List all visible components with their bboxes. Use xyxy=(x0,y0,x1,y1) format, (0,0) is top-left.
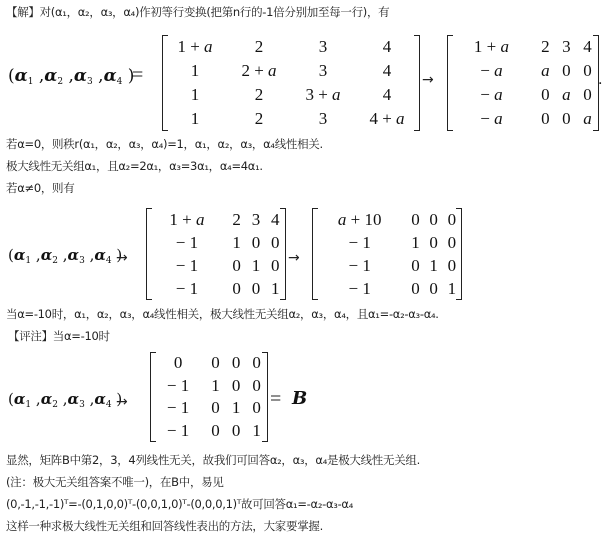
matrix-cell: 1 xyxy=(246,420,267,443)
matrix-cell: 0 xyxy=(246,277,265,300)
matrix-cell: 1 xyxy=(246,254,265,277)
matrix-cell: 0 xyxy=(246,352,267,375)
matrix-row: − 1001 xyxy=(313,277,461,300)
matrix-cell: 0 xyxy=(226,420,247,443)
arrow-icon: → xyxy=(288,250,300,266)
matrix-cell: 0 xyxy=(151,352,205,375)
matrix-cell: 0 xyxy=(266,231,285,254)
matrix-cell: 3 xyxy=(291,107,355,131)
matrix-cell: 0 xyxy=(406,254,424,277)
matrix-row: − 1010 xyxy=(313,254,461,277)
matrix-cell: 3 xyxy=(291,35,355,59)
matrix-cell: 3 xyxy=(556,35,577,59)
vector-group-label: (α1 ,α2 ,α3 ,α4 ) xyxy=(8,390,122,410)
matrix-cell: 1 xyxy=(227,231,246,254)
matrix-cell: 1 xyxy=(226,397,247,420)
case-zero-basis: 极大线性无关组α₁，且α₂=2α₁，α₃=3α₁，α₄=4α₁. xyxy=(6,158,263,174)
matrix-b: 0000− 1100− 1010− 1001 xyxy=(150,352,268,442)
matrix-cell: 0 xyxy=(425,208,443,231)
matrix-cell: 4 xyxy=(355,35,419,59)
matrix-row: 123 + a4 xyxy=(163,83,419,107)
matrix-cell: 0 xyxy=(227,254,246,277)
matrix-cell: − 1 xyxy=(147,254,227,277)
matrix-cell: − 1 xyxy=(313,231,406,254)
matrix-cell: 0 xyxy=(443,231,461,254)
matrix-cell: 0 xyxy=(535,107,556,131)
comment-line-4: 这样一种求极大线性无关组和回答线性表出的方法，大家要掌握. xyxy=(6,518,323,534)
matrix-row: 0000 xyxy=(151,352,267,375)
matrix-row: − 1100 xyxy=(147,231,285,254)
matrix-cell: 0 xyxy=(577,83,598,107)
matrix-row: − 1010 xyxy=(151,397,267,420)
matrix-cell: 2 + a xyxy=(227,59,291,83)
matrix-row: − aa00 xyxy=(448,59,598,83)
matrix-cell: 1 + a xyxy=(448,35,535,59)
matrix-cell: − 1 xyxy=(313,254,406,277)
matrix-row: − a00a xyxy=(448,107,598,131)
matrix-cell: 0 xyxy=(246,231,265,254)
matrix-cell: 0 xyxy=(266,254,285,277)
comment-line-2: (注：极大无关组答案不唯一)，在B中，易见 xyxy=(6,474,224,490)
matrix-cell: 1 xyxy=(443,277,461,300)
matrix-row: − 1010 xyxy=(147,254,285,277)
matrix-cell: − a xyxy=(448,107,535,131)
matrix-cell: − 1 xyxy=(147,277,227,300)
matrix-cell: − a xyxy=(448,59,535,83)
matrix-cell: − 1 xyxy=(147,231,227,254)
matrix-row: 1234 + a xyxy=(163,107,419,131)
matrix-row: 1 + a234 xyxy=(147,208,285,231)
matrix-cell: − 1 xyxy=(313,277,406,300)
comment-line-3: (0,-1,-1,-1)ᵀ=-(0,1,0,0)ᵀ-(0,0,1,0)ᵀ-(0,… xyxy=(6,496,353,512)
matrix-cell: 1 xyxy=(406,231,424,254)
matrix-cell: 0 xyxy=(425,231,443,254)
matrix-nonzero-step1: 1 + a234− 1100− 1010− 1001 xyxy=(146,208,286,300)
matrix-cell: 1 xyxy=(163,107,227,131)
matrix-cell: 1 xyxy=(205,375,226,398)
matrix-row: a + 10000 xyxy=(313,208,461,231)
case-nonzero: 若α≠0，则有 xyxy=(6,180,74,196)
matrix-cell: 0 xyxy=(577,59,598,83)
case-minus-ten: 当α=-10时，α₁，α₂，α₃，α₄线性相关，极大线性无关组α₂，α₃，α₄，… xyxy=(6,306,439,322)
matrix-cell: a xyxy=(556,83,577,107)
matrix-cell: 3 + a xyxy=(291,83,355,107)
matrix-reduced: 1 + a234− aa00− a0a0− a00a xyxy=(447,35,599,131)
matrix-cell: 0 xyxy=(443,254,461,277)
matrix-cell: 2 xyxy=(227,107,291,131)
vector-group-label: (α1 ,α2 ,α3 ,α4 ) xyxy=(8,246,122,266)
matrix-cell: 1 + a xyxy=(163,35,227,59)
matrix-cell: 1 xyxy=(163,59,227,83)
matrix-cell: − 1 xyxy=(151,375,205,398)
matrix-b-label: B xyxy=(292,388,307,409)
matrix-cell: 2 xyxy=(227,83,291,107)
arrow-icon: → xyxy=(422,72,434,88)
matrix-cell: a xyxy=(577,107,598,131)
matrix-row: − 1001 xyxy=(151,420,267,443)
matrix-cell: 4 xyxy=(355,83,419,107)
matrix-cell: a + 10 xyxy=(313,208,406,231)
period: . xyxy=(598,72,602,88)
matrix-cell: 0 xyxy=(205,397,226,420)
matrix-row: − 1001 xyxy=(147,277,285,300)
matrix-cell: 0 xyxy=(246,375,267,398)
equals-sign: = xyxy=(132,64,143,87)
arrow-icon: → xyxy=(116,394,128,410)
matrix-cell: 0 xyxy=(205,420,226,443)
matrix-cell: 2 xyxy=(535,35,556,59)
matrix-cell: 4 xyxy=(266,208,285,231)
solution-intro: 【解】对(α₁，α₂，α₃，α₄)作初等行变换(把第n行的-1倍分别加至每一行)… xyxy=(6,4,389,20)
matrix-cell: 2 xyxy=(227,35,291,59)
matrix-nonzero-step2: a + 10000− 1100− 1010− 1001 xyxy=(312,208,462,300)
matrix-row: − a0a0 xyxy=(448,83,598,107)
matrix-cell: 1 xyxy=(266,277,285,300)
comment-line-1: 显然，矩阵B中第2，3，4列线性无关，故我们可回答α₂，α₃，α₄是极大线性无关… xyxy=(6,452,420,468)
matrix-cell: − a xyxy=(448,83,535,107)
matrix-cell: 4 xyxy=(355,59,419,83)
equals-sign: = xyxy=(270,388,281,411)
matrix-cell: 3 xyxy=(291,59,355,83)
matrix-row: 1 + a234 xyxy=(163,35,419,59)
matrix-cell: 0 xyxy=(535,83,556,107)
matrix-cell: 4 xyxy=(577,35,598,59)
matrix-cell: 1 + a xyxy=(147,208,227,231)
matrix-cell: 0 xyxy=(205,352,226,375)
matrix-cell: 0 xyxy=(226,352,247,375)
matrix-cell: − 1 xyxy=(151,397,205,420)
arrow-icon: → xyxy=(116,250,128,266)
matrix-cell: 3 xyxy=(246,208,265,231)
comment-heading: 【评注】当α=-10时 xyxy=(8,328,110,344)
matrix-cell: a xyxy=(535,59,556,83)
matrix-cell: 0 xyxy=(556,59,577,83)
case-zero-rank: 若α=0，则秩r(α₁，α₂，α₃，α₄)=1，α₁，α₂，α₃，α₄线性相关. xyxy=(6,136,323,152)
matrix-cell: 0 xyxy=(406,208,424,231)
matrix-row: − 1100 xyxy=(313,231,461,254)
matrix-row: 1 + a234 xyxy=(448,35,598,59)
matrix-cell: 4 + a xyxy=(355,107,419,131)
matrix-cell: − 1 xyxy=(151,420,205,443)
matrix-cell: 0 xyxy=(406,277,424,300)
matrix-cell: 0 xyxy=(226,375,247,398)
matrix-cell: 0 xyxy=(227,277,246,300)
matrix-cell: 1 xyxy=(425,254,443,277)
matrix-row: − 1100 xyxy=(151,375,267,398)
matrix-original: 1 + a23412 + a34123 + a41234 + a xyxy=(162,35,420,131)
matrix-cell: 0 xyxy=(443,208,461,231)
matrix-cell: 0 xyxy=(425,277,443,300)
vector-group-label: (α1 ,α2 ,α3 ,α4 ) xyxy=(8,66,134,87)
matrix-cell: 0 xyxy=(556,107,577,131)
matrix-cell: 1 xyxy=(163,83,227,107)
matrix-cell: 2 xyxy=(227,208,246,231)
matrix-row: 12 + a34 xyxy=(163,59,419,83)
matrix-cell: 0 xyxy=(246,397,267,420)
